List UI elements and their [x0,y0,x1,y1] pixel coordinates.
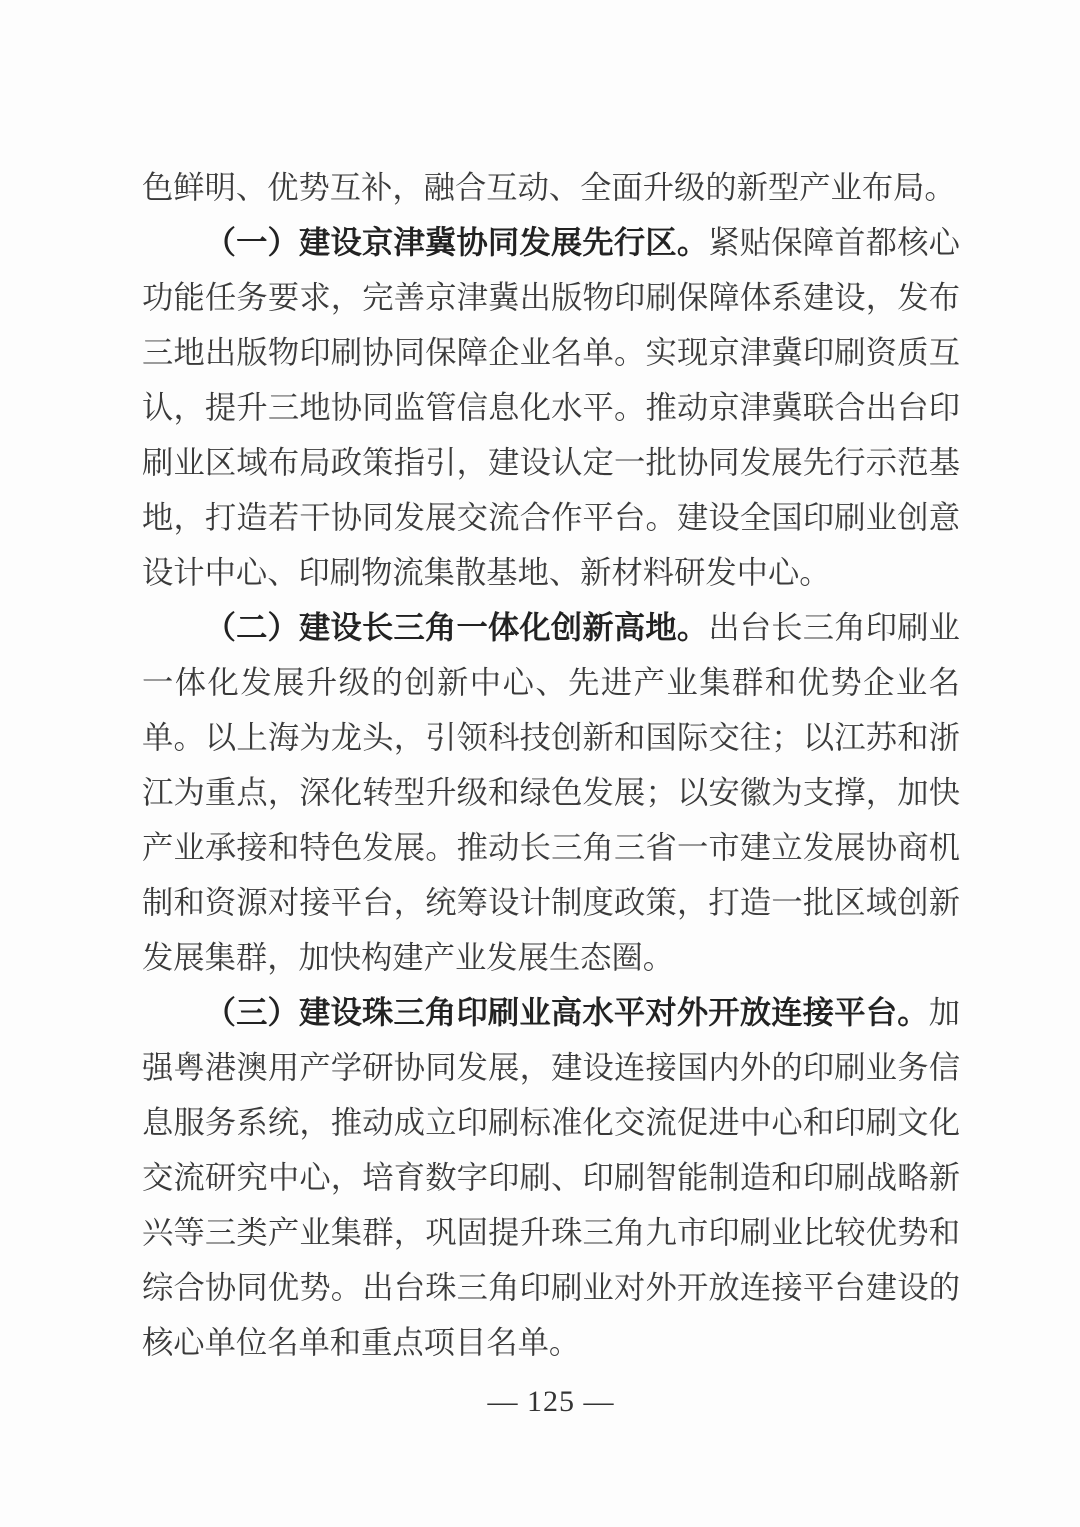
section-1-paragraph: （一）建设京津冀协同发展先行区。紧贴保障首都核心功能任务要求，完善京津冀出版物印… [142,215,960,600]
section-3-body: 加强粤港澳用产学研协同发展，建设连接国内外的印刷业务信息服务系统，推动成立印刷标… [142,995,960,1360]
page-number-footer: — 125 — [142,1382,960,1422]
document-page: 色鲜明、优势互补，融合互动、全面升级的新型产业布局。 （一）建设京津冀协同发展先… [0,0,1080,1527]
section-1-body: 紧贴保障首都核心功能任务要求，完善京津冀出版物印刷保障体系建设，发布三地出版物印… [142,225,960,590]
section-2-heading: （二）建设长三角一体化创新高地。 [205,610,709,645]
paragraph-continuation-text: 色鲜明、优势互补，融合互动、全面升级的新型产业布局。 [142,170,956,205]
section-1-heading: （一）建设京津冀协同发展先行区。 [205,225,709,260]
section-3-heading: （三）建设珠三角印刷业高水平对外开放连接平台。 [205,995,929,1030]
page-content: 色鲜明、优势互补，融合互动、全面升级的新型产业布局。 （一）建设京津冀协同发展先… [142,160,960,1370]
paragraph-continuation: 色鲜明、优势互补，融合互动、全面升级的新型产业布局。 [142,160,960,215]
section-2-paragraph: （二）建设长三角一体化创新高地。出台长三角印刷业一体化发展升级的创新中心、先进产… [142,600,960,985]
section-3-paragraph: （三）建设珠三角印刷业高水平对外开放连接平台。加强粤港澳用产学研协同发展，建设连… [142,985,960,1370]
section-2-body: 出台长三角印刷业一体化发展升级的创新中心、先进产业集群和优势企业名单。以上海为龙… [142,610,960,975]
